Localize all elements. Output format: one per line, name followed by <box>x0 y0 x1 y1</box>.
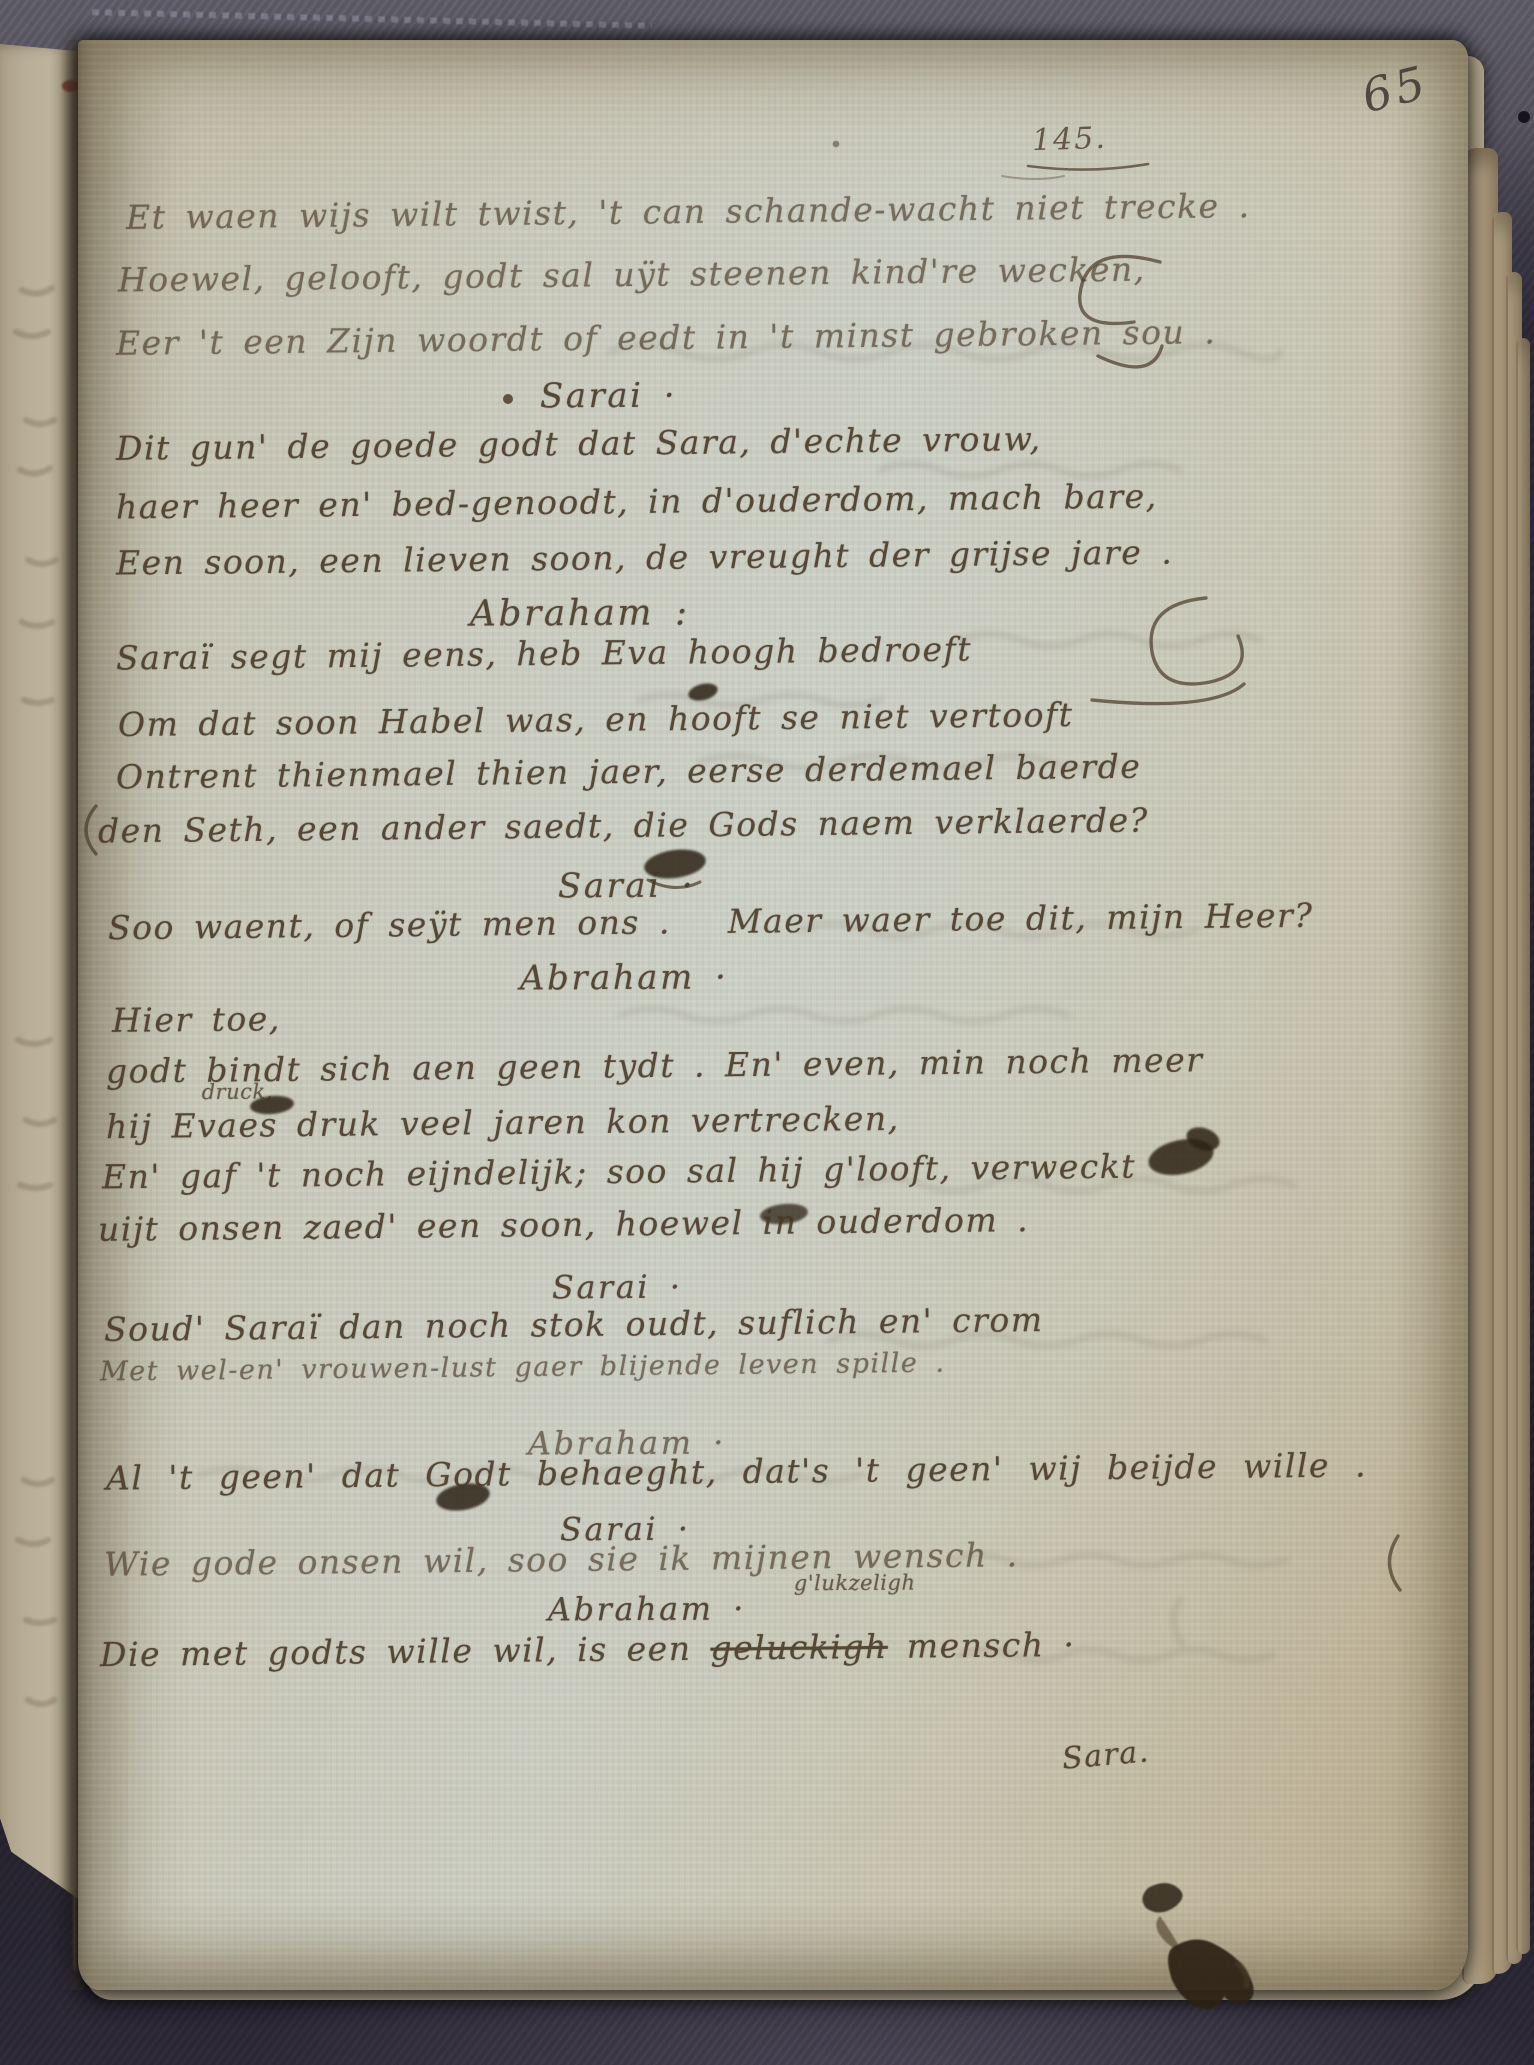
verse-line: Soo waent, of seÿt men ons . Maer waer t… <box>108 896 1314 948</box>
speaker-heading: Sarai · <box>540 376 677 417</box>
verse-line: den Seth, een ander saedt, die Gods naem… <box>98 800 1149 850</box>
verse-line: Al 't geen' dat Godt behaeght, dat's 't … <box>106 1445 1367 1497</box>
speaker-heading: Abraham : <box>470 592 690 634</box>
verse-line: uijt onsen zaed' een soon, hoewel in oud… <box>98 1200 1030 1249</box>
verse-line: Et waen wijs wilt twist, 't can schande-… <box>126 186 1251 237</box>
verse-line: hij Evaes druk veel jaren kon vertrecken… <box>106 1099 900 1146</box>
verse-line: Eer 't een Zijn woordt of eedt in 't min… <box>116 312 1217 363</box>
verse-line: haer heer en' bed-genoodt, in d'ouderdom… <box>116 477 1158 527</box>
verse-line: Met wel-en' vrouwen-lust gaer blijende l… <box>100 1348 946 1388</box>
catchword: Sara. <box>1061 1734 1151 1777</box>
verse-line: Hier toe, <box>112 999 281 1040</box>
manuscript-photo: 65 145. Et waen wijs wilt twist, 't can … <box>0 0 1534 2065</box>
verse-line: Hoewel, gelooft, godt sal uÿt steenen ki… <box>118 250 1146 300</box>
inserted-correction: druck, <box>202 1079 273 1104</box>
verse-line: Een soon, een lieven soon, de vreught de… <box>116 532 1174 582</box>
speaker-heading: Abraham · <box>520 957 729 998</box>
speaker-heading: Sarai · <box>552 1268 683 1307</box>
verse-line: Om dat soon Habel was, en hooft se niet … <box>118 695 1074 744</box>
verse-line: Ontrent thienmael thien jaer, eerse derd… <box>116 747 1142 797</box>
verse-line: Dit gun' de goede godt dat Sara, d'echte… <box>116 419 1042 468</box>
speaker-heading: Abraham ·g'lukzeligh <box>548 1589 746 1628</box>
verse-line: En' gaf 't noch eijndelijk; soo sal hij … <box>102 1147 1136 1197</box>
speaker-heading: Sarai · <box>558 866 695 907</box>
inserted-correction: g'lukzeligh <box>794 1571 916 1596</box>
verse-line: Die met godts wille wil, is een geluckig… <box>100 1625 1076 1674</box>
handwritten-text-layer: Et waen wijs wilt twist, 't can schande-… <box>0 0 1534 2065</box>
verse-line: Soud' Saraï dan noch stok oudt, suflich … <box>104 1300 1044 1349</box>
verse-line: Saraï segt mij eens, heb Eva hoogh bedro… <box>116 630 972 678</box>
